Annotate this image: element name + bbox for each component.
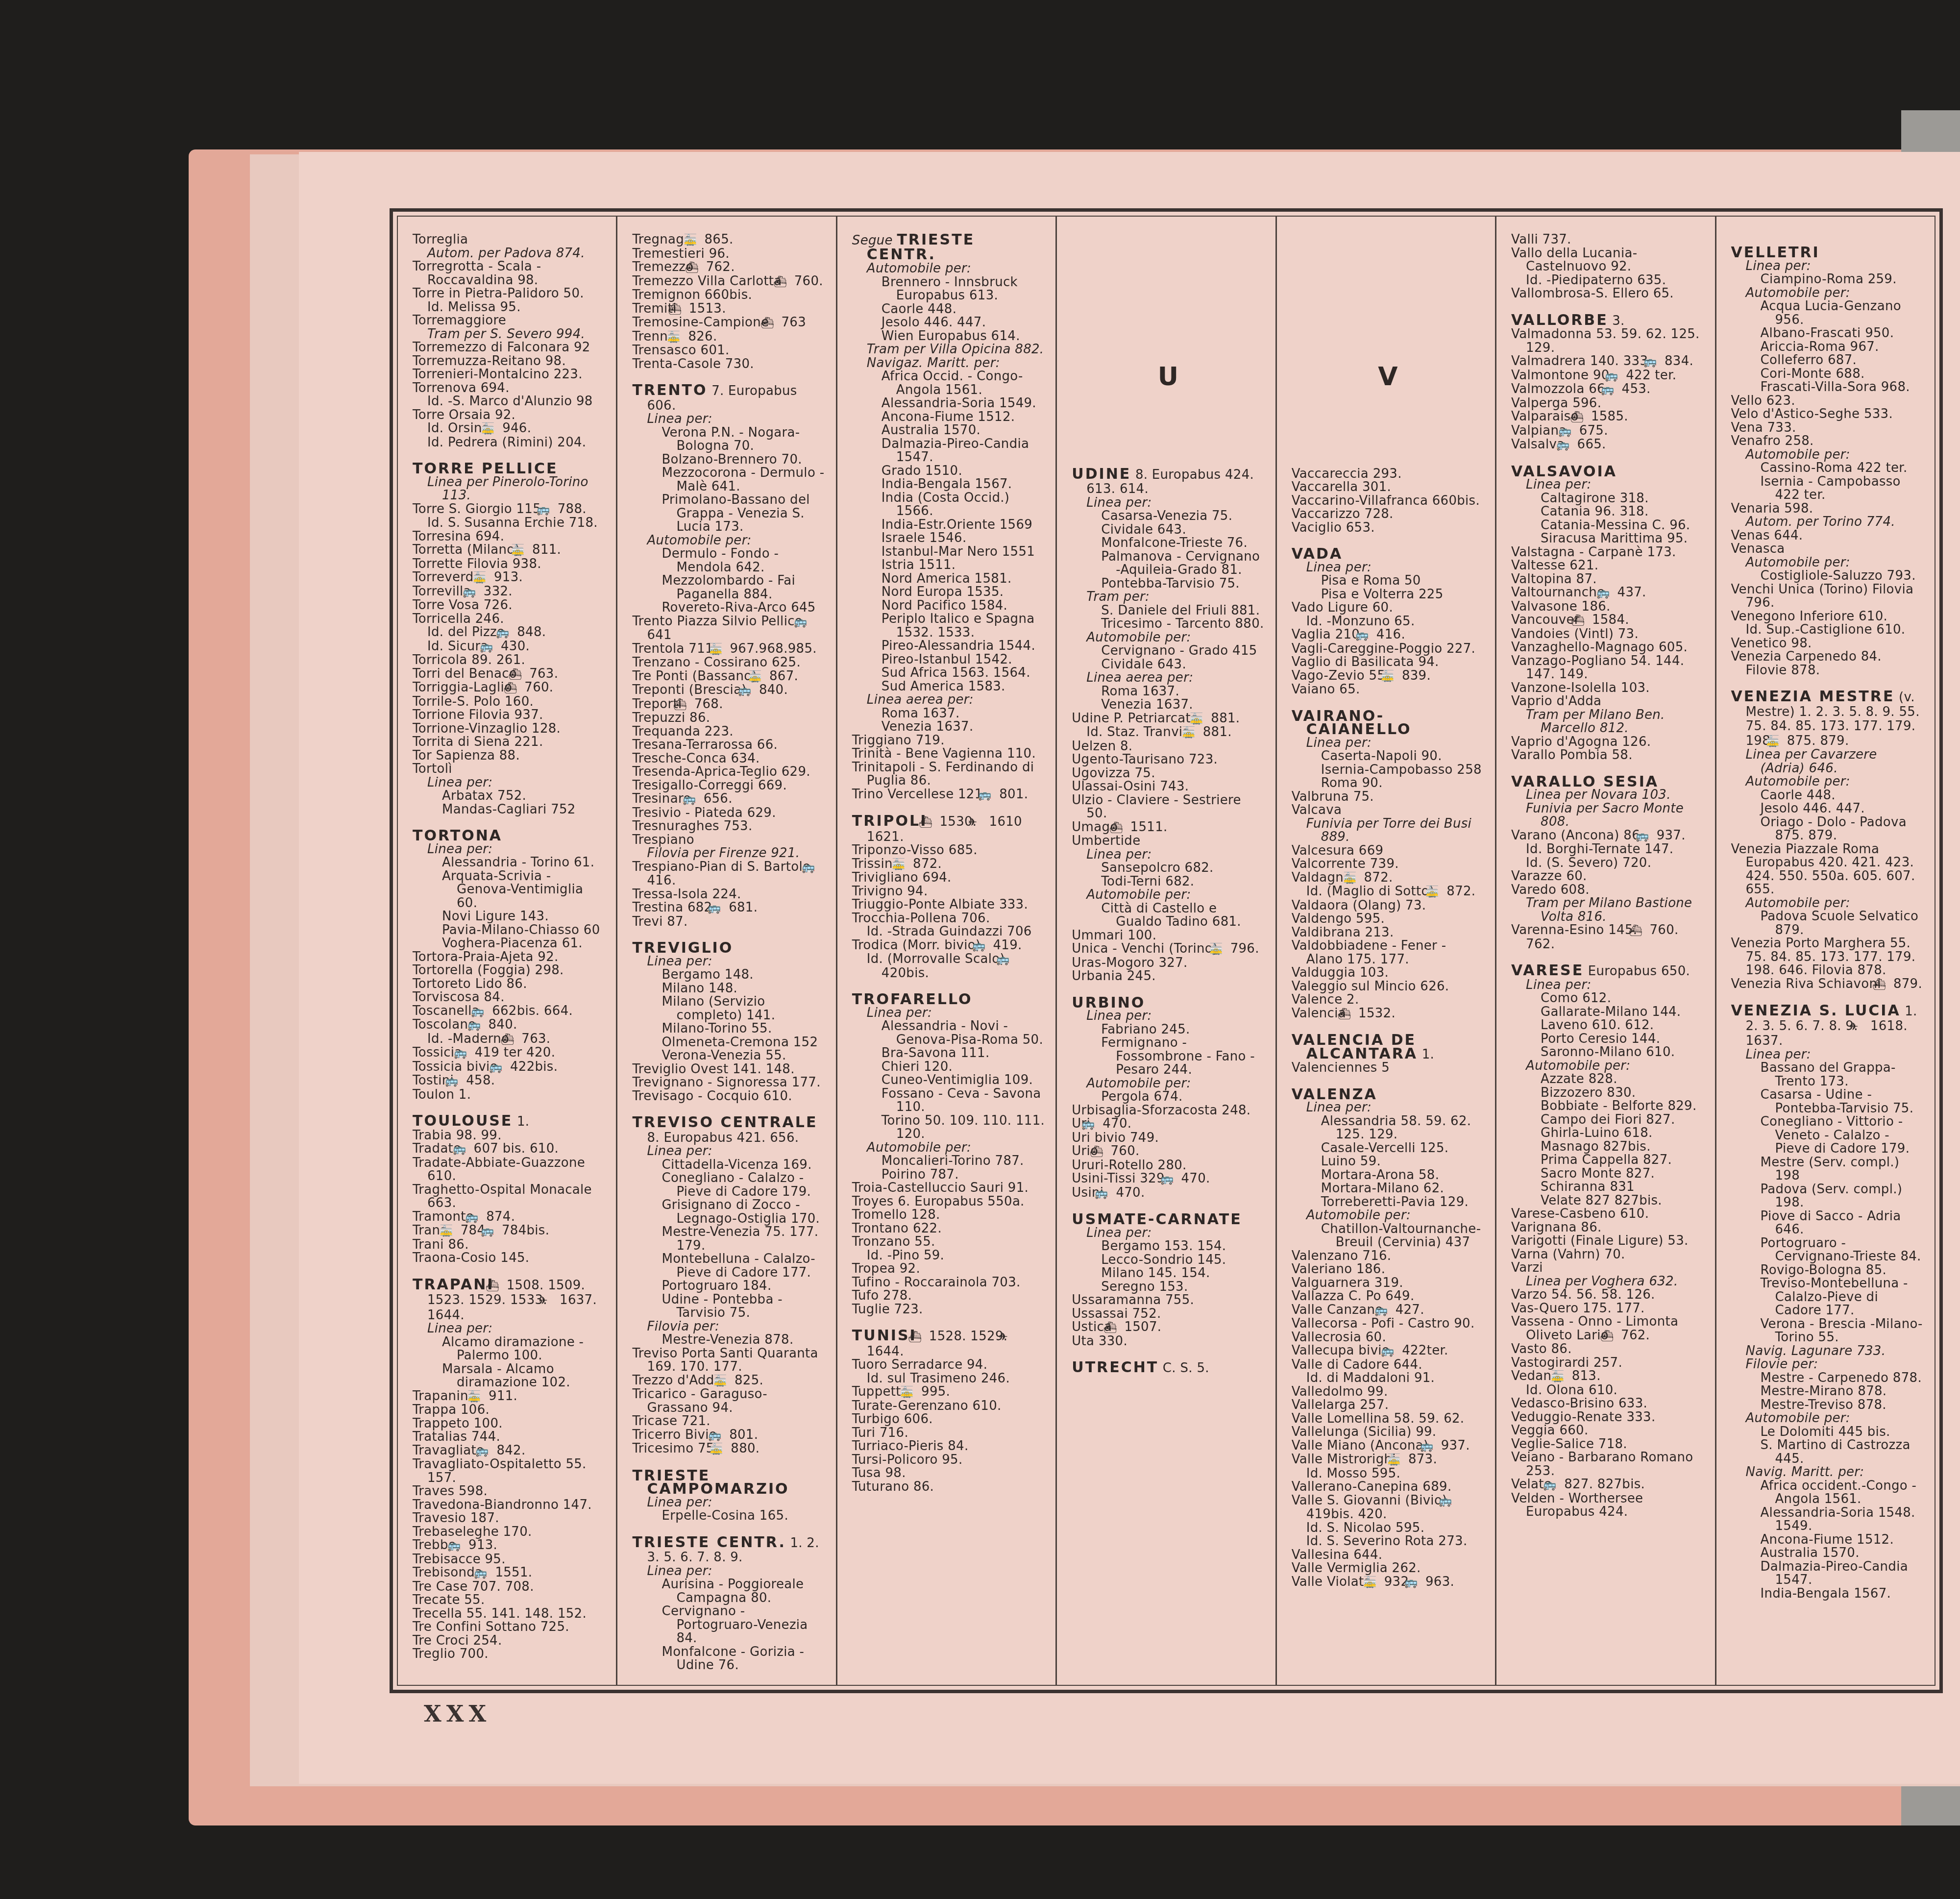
index-entry: Tortorella (Foggia) 298. — [413, 964, 605, 978]
index-columns: TorregliaAutom. per Padova 874.Torregrot… — [398, 217, 1935, 1685]
index-subentry: Linea per: — [632, 1145, 825, 1159]
index-entry: Vandoies (Vintl) 73. — [1511, 628, 1704, 641]
index-entry: Valcorrente 739. — [1292, 858, 1484, 871]
index-subentry: Linea per: — [413, 776, 605, 790]
index-subentry: Arbatax 752. — [413, 789, 605, 803]
index-entry: Travagliato-Ospitaletto 55. 157. — [413, 1458, 605, 1485]
index-entry: Torretta (Milano) 🚋 811. — [413, 543, 605, 558]
index-subentry: Linea per: — [1072, 1227, 1264, 1240]
index-entry: Tor Sapienza 88. — [413, 749, 605, 763]
index-entry: Torviscosa 84. — [413, 991, 605, 1005]
index-entry: Vello 623. — [1731, 395, 1924, 408]
index-column-4: UUDINE 8. Europabus 424. 613. 614.Linea … — [1057, 217, 1276, 1685]
index-entry: Umbertide — [1072, 835, 1264, 848]
index-subentry: Catania-Messina C. 96. — [1511, 519, 1704, 533]
index-subentry: Caorle 448. — [852, 303, 1045, 317]
index-entry: Tremignon 660bis. — [632, 289, 825, 302]
index-entry: Traona-Cosio 145. — [413, 1252, 605, 1265]
index-entry: Venafro 258. — [1731, 435, 1924, 448]
index-subentry: Istanbul-Mar Nero 1551 — [852, 545, 1045, 559]
index-subentry: Id. sul Trasimeno 246. — [852, 1372, 1045, 1386]
index-subentry: Linea per: — [1731, 1048, 1924, 1062]
index-entry: Ugento-Taurisano 723. — [1072, 753, 1264, 767]
index-subentry: Milano 145. 154. — [1072, 1267, 1264, 1281]
index-entry: Veggia 660. — [1511, 1424, 1704, 1438]
index-column-2: Tregnago 🚋 865.Tremestieri 96.Tremezzo ⛴… — [617, 217, 837, 1685]
index-entry: Triuggio-Ponte Albiate 333. — [852, 898, 1045, 912]
index-entry: Torrione Filovia 937. — [413, 709, 605, 722]
index-entry: Valmadrera 140. 333. 🚌 834. — [1511, 355, 1704, 369]
index-entry: Tronzano 55. — [852, 1235, 1045, 1249]
index-entry: Torrenova 694. — [413, 382, 605, 395]
index-subentry: Automobile per: — [1731, 556, 1924, 570]
index-subentry: Rovereto-Riva-Arco 645 — [632, 601, 825, 615]
station-heading: VENEZIA S. LUCIA 1. 2. 3. 5. 6. 7. 8. 9.… — [1731, 1004, 1924, 1048]
index-entry: Tresche-Conca 634. — [632, 752, 825, 766]
index-entry: Venasca — [1731, 543, 1924, 556]
index-entry: Tradate 🚌 607 bis. 610. — [413, 1142, 605, 1157]
station-heading: TRIESTE CENTR. 1. 2. 3. 5. 6. 7. 8. 9. — [632, 1536, 825, 1565]
index-subentry: Linea per: — [852, 1007, 1045, 1020]
index-entry: Udine P. Petriarcato 🚋 881. — [1072, 712, 1264, 726]
index-subentry: Palmanova - Cervignano -Aquileia-Grado 8… — [1072, 550, 1264, 577]
index-entry: Toulon 1. — [413, 1088, 605, 1102]
index-subentry: Sud Africa 1563. 1564. — [852, 666, 1045, 680]
index-entry: Tortora-Praia-Ajeta 92. — [413, 951, 605, 964]
index-entry: Turriaco-Pieris 84. — [852, 1440, 1045, 1454]
index-entry: Turate-Gerenzano 610. — [852, 1400, 1045, 1413]
index-subentry: Dermulo - Fondo - Mendola 642. — [632, 547, 825, 574]
index-entry: Ussassai 752. — [1072, 1307, 1264, 1321]
index-entry: Varallo Pombia 58. — [1511, 749, 1704, 763]
index-entry: Uras-Mogoro 327. — [1072, 957, 1264, 970]
index-entry: Valdagno 🚋 872. — [1292, 871, 1484, 886]
index-subentry: Mezzolombardo - Fai Paganella 884. — [632, 574, 825, 601]
index-entry: Torrione-Vinzaglio 128. — [413, 722, 605, 736]
station-table-refs: 3. — [1608, 314, 1625, 328]
index-subentry: Casarsa - Udine - Pontebba-Tarvisio 75. — [1731, 1088, 1924, 1115]
index-subentry: Funivia per Sacro Monte 808. — [1511, 802, 1704, 829]
index-entry: Trapanino 🚋 911. — [413, 1390, 605, 1404]
index-subentry: Sansepolcro 682. — [1072, 862, 1264, 875]
index-subentry: Dalmazia-Pireo-Candia 1547. — [1731, 1560, 1924, 1587]
index-entry: Valdibrana 213. — [1292, 926, 1484, 940]
index-subentry: Udine - Pontebba - Tarvisio 75. — [632, 1293, 825, 1320]
index-entry: Venezia Riva Schiavoni ⛴ 879. — [1731, 978, 1924, 992]
station-heading: URBINO — [1072, 996, 1264, 1010]
station-heading: UTRECHT C. S. 5. — [1072, 1361, 1264, 1376]
index-entry: Torrenieri-Montalcino 223. — [413, 368, 605, 382]
index-entry: Uri bivio 749. — [1072, 1132, 1264, 1145]
index-entry: Valcava — [1292, 804, 1484, 817]
index-entry: Vanzone-Isolella 103. — [1511, 682, 1704, 695]
index-entry: Trissino 🚋 872. — [852, 858, 1045, 872]
index-entry: Tratalias 744. — [413, 1430, 605, 1444]
index-entry: Varano (Ancona) 86. 🚌 937. — [1511, 829, 1704, 843]
index-entry: Venezia Piazzale Roma Europabus 420. 421… — [1731, 843, 1924, 897]
index-subentry: Venezia 1637. — [852, 720, 1045, 734]
index-subentry: Milano (Servizio completo) 141. — [632, 995, 825, 1022]
station-heading: VALLORBE 3. — [1511, 314, 1704, 328]
index-entry: Torre Orsaia 92. — [413, 409, 605, 422]
index-entry: Trebisacce 95. — [413, 1553, 605, 1567]
index-entry: Torricella 246. — [413, 613, 605, 626]
index-subentry: Mortara-Arona 58. — [1292, 1169, 1484, 1183]
station-heading: VARALLO SESIA — [1511, 775, 1704, 789]
index-entry: Tortolì — [413, 763, 605, 776]
station-name: VALLORBE — [1511, 312, 1608, 329]
index-subentry: Bergamo 153. 154. — [1072, 1240, 1264, 1254]
index-entry: Vasto 86. — [1511, 1343, 1704, 1356]
index-entry: Torremezzo di Falconara 92 — [413, 341, 605, 355]
index-subentry: Id. Olona 610. — [1511, 1384, 1704, 1398]
index-entry: Torrile-S. Polo 160. — [413, 695, 605, 709]
index-subentry: Alessandria-Soria 1549. — [852, 397, 1045, 411]
index-entry: Trino Vercellese 121. 🚌 801. — [852, 788, 1045, 802]
index-entry: Valpiana 🚌 675. — [1511, 424, 1704, 439]
index-entry: Traves 598. — [413, 1485, 605, 1499]
index-subentry: Linea per: — [632, 1565, 825, 1578]
index-subentry: Brennero - Innsbruck Europabus 613. — [852, 276, 1045, 303]
station-name: TREVISO CENTRALE — [632, 1114, 817, 1131]
index-subentry: Id. -S. Marco d'Alunzio 98 — [413, 395, 605, 409]
index-entry: Valmontone 90. 🚌 422 ter. — [1511, 369, 1704, 383]
index-entry: Ummari 100. — [1072, 929, 1264, 943]
index-entry: Treporti ⛴ 768. — [632, 698, 825, 712]
index-entry: Valstagna - Carpanè 173. — [1511, 546, 1704, 560]
index-entry: Ussaramanna 755. — [1072, 1294, 1264, 1307]
index-subentry: Ancona-Fiume 1512. — [1731, 1533, 1924, 1547]
index-entry: Trevisago - Cocquio 610. — [632, 1090, 825, 1104]
index-subentry: Id. Orsina 🚋 946. — [413, 422, 605, 436]
index-entry: Treglio 700. — [413, 1648, 605, 1661]
index-entry: Trento Piazza Silvio Pellico 🚌 641 — [632, 615, 825, 642]
index-subentry: Pisa e Roma 50 — [1292, 574, 1484, 588]
index-subentry: Piove di Sacco - Adria 646. — [1731, 1210, 1924, 1237]
index-column-6: Valli 737.Vallo della Lucania-Castelnuov… — [1496, 217, 1716, 1685]
index-subentry: Alessandria 58. 59. 62. 125. 129. — [1292, 1115, 1484, 1142]
index-subentry: Mestre (Serv. compl.) 198 — [1731, 1156, 1924, 1183]
index-entry: Tusa 98. — [852, 1467, 1045, 1480]
station-name: TRIESTE CAMPOMARZIO — [632, 1467, 789, 1498]
index-entry: Venezia Porto Marghera 55. 75. 84. 85. 1… — [1731, 937, 1924, 978]
index-entry: Torreglia — [413, 233, 605, 247]
index-entry: Venchi Unica (Torino) Filovia 796. — [1731, 583, 1924, 610]
index-subentry: Dalmazia-Pireo-Candia 1547. — [852, 438, 1045, 465]
index-entry: Valence 2. — [1292, 993, 1484, 1007]
index-entry: Valbruna 75. — [1292, 790, 1484, 804]
index-entry: Vallelarga 257. — [1292, 1399, 1484, 1412]
index-entry: Trepuzzi 86. — [632, 712, 825, 725]
station-table-refs: 1. — [513, 1114, 529, 1129]
index-entry: Valenzano 716. — [1292, 1250, 1484, 1263]
index-subentry: Id. Sup.-Castiglione 610. — [1731, 623, 1924, 637]
index-subentry: Portogruaro - Cervignano-Trieste 84. — [1731, 1237, 1924, 1264]
index-subentry: Alcamo diramazione - Palermo 100. — [413, 1336, 605, 1363]
index-subentry: Periplo Italico e Spagna 1532. 1533. — [852, 613, 1045, 640]
index-subentry: Milano-Torino 55. — [632, 1022, 825, 1036]
index-subentry: Cori-Monte 688. — [1731, 368, 1924, 381]
index-entry: Varedo 608. — [1511, 884, 1704, 897]
index-entry: Tuppetto 🚋 995. — [852, 1385, 1045, 1400]
index-subentry: Id. (S. Severo) 720. — [1511, 857, 1704, 870]
index-subentry: Montebelluna - Calalzo-Pieve di Cadore 1… — [632, 1253, 825, 1280]
index-entry: Vaciglio 653. — [1292, 521, 1484, 535]
index-entry: Trebaseleghe 170. — [413, 1526, 605, 1539]
station-heading: TRIPOLI ⛴ 1530. ✈ 1610 1621. — [852, 814, 1045, 844]
index-entry: Vallecrosia 60. — [1292, 1331, 1484, 1345]
index-entry: Tremiti ⛴ 1513. — [632, 302, 825, 317]
index-entry: Tuglie 723. — [852, 1303, 1045, 1317]
station-name: TRIPOLI — [852, 813, 928, 830]
index-subentry: Mestre - Carpenedo 878. — [1731, 1372, 1924, 1385]
index-subentry: Id. S. Susanna Erchie 718. — [413, 517, 605, 530]
index-subentry: Linea aerea per: — [1072, 671, 1264, 685]
index-entry: Vena 733. — [1731, 421, 1924, 435]
index-subentry: Poirino 787. — [852, 1168, 1045, 1182]
index-subentry: Chatillon-Valtournanche-Breuil (Cervinia… — [1292, 1223, 1484, 1250]
index-entry: Torre in Pietra-Palidoro 50. — [413, 287, 605, 301]
index-subentry: Venezia 1637. — [1072, 698, 1264, 712]
index-entry: Vassena - Onno - Limonta Oliveto Lario ⛴… — [1511, 1315, 1704, 1343]
index-entry: Usini-Tissi 329. 🚌 470. — [1072, 1172, 1264, 1186]
index-entry: Traghetto-Ospital Monacale 663. — [413, 1184, 605, 1210]
index-subentry: Id. S. Nicolao 595. — [1292, 1522, 1484, 1535]
index-entry: Vaglio di Basilicata 94. — [1292, 656, 1484, 669]
station-name: VENEZIA MESTRE — [1731, 688, 1895, 705]
index-subentry: Catania 96. 318. — [1511, 505, 1704, 519]
index-subentry: Id. del Pizzo 🚌 848. — [413, 626, 605, 640]
index-subentry: Fossano - Ceva - Savona 110. — [852, 1087, 1045, 1114]
index-entry: Trezzo d'Adda 🚋 825. — [632, 1374, 825, 1388]
index-subentry: Linea per: — [1292, 737, 1484, 750]
index-subentry: Primolano-Bassano del Grappa - Venezia S… — [632, 493, 825, 534]
index-entry: Valenciennes 5 — [1292, 1061, 1484, 1075]
index-entry: Torremaggiore — [413, 314, 605, 328]
index-entry: Trensasco 601. — [632, 344, 825, 358]
index-subentry: Linea per: — [1292, 1101, 1484, 1115]
index-subentry: Velate 827 827bis. — [1511, 1194, 1704, 1208]
index-subentry: Roma 90. — [1292, 777, 1484, 790]
index-entry: Tossicia 🚌 419 ter 420. — [413, 1046, 605, 1060]
index-subentry: Istria 1511. — [852, 559, 1045, 572]
index-entry: Trespiano-Pian di S. Bartolo 🚌 416. — [632, 861, 825, 888]
index-entry: Venas 644. — [1731, 529, 1924, 543]
index-entry: Varzo 54. 56. 58. 126. — [1511, 1288, 1704, 1302]
index-entry: Treponti (Brescia) 🚌 840. — [632, 684, 825, 698]
index-entry: Vallecupa bivio 🚌 422ter. — [1292, 1344, 1484, 1358]
index-entry: Triggiano 719. — [852, 734, 1045, 748]
index-subentry: Id. di Maddaloni 91. — [1292, 1372, 1484, 1385]
index-entry: Torrette Filovia 938. — [413, 558, 605, 571]
index-subentry: Alessandria-Soria 1548. 1549. — [1731, 1506, 1924, 1533]
index-subentry: Siracusa Marittima 95. — [1511, 532, 1704, 546]
station-name: VARESE — [1511, 962, 1584, 979]
index-frame-inner: TorregliaAutom. per Padova 874.Torregrot… — [397, 216, 1935, 1686]
index-entry: Tre Case 707. 708. — [413, 1580, 605, 1594]
station-heading: VENEZIA MESTRE (v. Mestre) 1. 2. 3. 5. 8… — [1731, 690, 1924, 748]
index-entry: Trappa 106. — [413, 1404, 605, 1417]
index-subentry: India (Costa Occid.) 1566. — [852, 492, 1045, 518]
index-subentry: Portogruaro 184. — [632, 1280, 825, 1293]
index-entry: Torriggia-Laglio ⛴ 760. — [413, 681, 605, 695]
index-subentry: Lecco-Sondrio 145. — [1072, 1254, 1264, 1267]
index-subentry: Mestre-Treviso 878. — [1731, 1399, 1924, 1412]
index-entry: Torrita di Siena 221. — [413, 736, 605, 749]
index-subentry: Linea per Pinerolo-Torino 113. — [413, 476, 605, 503]
index-subentry: Id. -Piedipaterno 635. — [1511, 274, 1704, 288]
index-entry: Trentola 711. 🚋 967.968.985. — [632, 642, 825, 657]
index-entry: Valparaiso ⛴ 1585. — [1511, 410, 1704, 424]
index-subentry: Schiranna 831 — [1511, 1181, 1704, 1194]
index-subentry: Pireo-Istanbul 1542. — [852, 653, 1045, 667]
station-heading: VALENCIA DE ALCANTARA 1. — [1292, 1034, 1484, 1061]
index-subentry: S. Daniele del Friuli 881. — [1072, 604, 1264, 618]
index-subentry: Automobile per: — [1731, 897, 1924, 911]
index-subentry: Caserta-Napoli 90. — [1292, 750, 1484, 764]
index-entry: Valli 737. — [1511, 233, 1704, 247]
index-entry: Tre Confini Sottano 725. — [413, 1621, 605, 1634]
station-name: TOULOUSE — [413, 1112, 513, 1130]
index-subentry: Nord America 1581. — [852, 572, 1045, 586]
index-entry: Tossicia bivio 🚌 422bis. — [413, 1060, 605, 1075]
index-entry: Valle S. Giovanni (Bivio) 🚌 419bis. 420. — [1292, 1494, 1484, 1522]
index-entry: Tuoro Serradarce 94. — [852, 1358, 1045, 1372]
index-subentry: Pontebba-Tarvisio 75. — [1072, 577, 1264, 591]
index-subentry: Id. Sicura 🚌 430. — [413, 640, 605, 654]
index-subentry: Casarsa-Venezia 75. — [1072, 510, 1264, 523]
index-entry: Velo d'Astico-Seghe 533. — [1731, 408, 1924, 421]
index-subentry: Torreberetti-Pavia 129. — [1292, 1196, 1484, 1209]
index-entry: Urbania 245. — [1072, 970, 1264, 984]
index-entry: Ugovizza 75. — [1072, 767, 1264, 781]
index-entry: Varignana 86. — [1511, 1221, 1704, 1235]
index-subentry: Tram per Milano Bastione Volta 816. — [1511, 897, 1704, 924]
index-subentry: Automobile per: — [1731, 287, 1924, 300]
index-entry: Valdobbiadene - Fener - Alano 175. 177. — [1292, 939, 1484, 966]
index-subentry: Jesolo 446. 447. — [1731, 802, 1924, 816]
index-subentry: Laveno 610. 612. — [1511, 1019, 1704, 1033]
index-subentry: Automobile per: — [632, 534, 825, 548]
index-subentry: India-Bengala 1567. — [852, 478, 1045, 492]
index-column-3: Segue TRIESTE CENTR.Automobile per:Brenn… — [837, 217, 1057, 1685]
index-subentry: Bolzano-Brennero 70. — [632, 453, 825, 467]
station-name: UTRECHT — [1072, 1359, 1158, 1376]
index-subentry: Frascati-Villa-Sora 968. — [1731, 381, 1924, 395]
continued-heading: Segue TRIESTE CENTR. — [852, 233, 1045, 262]
index-subentry: Arquata-Scrivia - Genova-Ventimiglia 60. — [413, 870, 605, 911]
index-entry: Urbisaglia-Sforzacosta 248. — [1072, 1104, 1264, 1118]
index-subentry: Torino 50. 109. 110. 111. 120. — [852, 1114, 1045, 1141]
index-entry: Valtopina 87. — [1511, 573, 1704, 587]
index-subentry: Costigliole-Saluzzo 793. — [1731, 569, 1924, 583]
index-entry: Travesio 187. — [413, 1512, 605, 1526]
index-entry: Troyes 6. Europabus 550a. — [852, 1195, 1045, 1209]
index-entry: Torregrotta - Scala - Roccavaldina 98. — [413, 260, 605, 287]
index-subentry: Monfalcone-Trieste 76. — [1072, 537, 1264, 550]
index-entry: Velate 🚌 827. 827bis. — [1511, 1478, 1704, 1492]
index-entry: Trenta-Casole 730. — [632, 358, 825, 371]
index-subentry: Sacro Monte 827. — [1511, 1167, 1704, 1181]
index-entry: Tuturano 86. — [852, 1480, 1045, 1494]
index-subentry: Linea per: — [632, 955, 825, 969]
index-subentry: Alessandria - Torino 61. — [413, 856, 605, 870]
index-subentry: Bra-Savona 111. — [852, 1047, 1045, 1060]
index-subentry: Pavia-Milano-Chiasso 60 — [413, 924, 605, 937]
station-heading: TREVIGLIO — [632, 941, 825, 955]
index-subentry: Conegliano - Vittorio - Veneto - Calalzo… — [1731, 1115, 1924, 1156]
index-subentry: Colleferro 687. — [1731, 354, 1924, 368]
index-subentry: Gallarate-Milano 144. — [1511, 1006, 1704, 1019]
index-subentry: Bobbiate - Belforte 829. — [1511, 1100, 1704, 1113]
index-entry: Vallelunga (Sicilia) 99. — [1292, 1426, 1484, 1439]
index-subentry: Grisignano di Zocco - Legnago-Ostiglia 1… — [632, 1199, 825, 1226]
index-subentry: Linea per: — [1072, 848, 1264, 862]
index-subentry: Funivia per Torre dei Busi 889. — [1292, 817, 1484, 844]
index-entry: Venezia Carpenedo 84. Filovie 878. — [1731, 650, 1924, 677]
station-table-refs: C. S. 5. — [1158, 1361, 1209, 1376]
index-column-7: VELLETRILinea per:Ciampino-Roma 259.Auto… — [1716, 217, 1935, 1685]
index-subentry: Porto Ceresio 144. — [1511, 1033, 1704, 1046]
index-entry: Valle Mistrorighi 🚋 873. — [1292, 1453, 1484, 1467]
index-entry: Toscanella 🚌 662bis. 664. — [413, 1005, 605, 1019]
index-entry: Veglie-Salice 718. — [1511, 1438, 1704, 1452]
index-entry: Ulzio - Claviere - Sestriere 50. — [1072, 794, 1264, 821]
index-subentry: Ciampino-Roma 259. — [1731, 273, 1924, 287]
index-subentry: Casale-Vercelli 125. — [1292, 1142, 1484, 1156]
index-entry: Trani 86. — [413, 1238, 605, 1252]
index-entry: Valle di Cadore 644. — [1292, 1358, 1484, 1372]
index-subentry: Id. Mosso 595. — [1292, 1467, 1484, 1481]
index-subentry: Ariccia-Roma 967. — [1731, 341, 1924, 354]
index-subentry: Cittadella-Vicenza 169. — [632, 1159, 825, 1172]
index-subentry: Milano 148. — [632, 982, 825, 996]
index-subentry: Id. Borghi-Ternate 147. — [1511, 843, 1704, 857]
index-entry: Vaprio d'Adda — [1511, 695, 1704, 709]
index-entry: Venegono Inferiore 610. — [1731, 610, 1924, 624]
index-entry: Vanzaghello-Magnago 605. — [1511, 641, 1704, 655]
index-entry: Uri 🚌 470. — [1072, 1117, 1264, 1132]
index-entry: Valle Canzano 🚌 427. — [1292, 1304, 1484, 1318]
index-subentry: Monfalcone - Gorizia - Udine 76. — [632, 1646, 825, 1673]
section-letter: U — [1072, 370, 1264, 384]
index-entry: Trodica (Morr. bivio) 🚌 419. — [852, 939, 1045, 953]
index-entry: Turi 716. — [852, 1427, 1045, 1440]
index-entry: Tostini 🚌 458. — [413, 1074, 605, 1088]
index-entry: Vago-Zevio 55. 🚋 839. — [1292, 669, 1484, 684]
index-entry: Vedasco-Brisino 633. — [1511, 1397, 1704, 1411]
index-entry: Valdengo 595. — [1292, 913, 1484, 926]
index-subentry: Cassino-Roma 422 ter. — [1731, 462, 1924, 475]
index-subentry: Marsala - Alcamo diramazione 102. — [413, 1363, 605, 1390]
index-subentry: Id. Pedrera (Rimini) 204. — [413, 436, 605, 450]
index-entry: Uelzen 8. — [1072, 740, 1264, 754]
index-entry: Tregnago 🚋 865. — [632, 233, 825, 247]
index-entry: Torricola 89. 261. — [413, 654, 605, 667]
index-entry: Tropea 92. — [852, 1262, 1045, 1276]
index-entry: Travagliato 🚌 842. — [413, 1444, 605, 1458]
index-entry: Travedona-Biandronno 147. — [413, 1499, 605, 1512]
station-table-refs: 8. Europabus 421. 656. — [647, 1131, 799, 1145]
index-entry: Tricerro Bivio 🚌 801. — [632, 1429, 825, 1443]
station-heading: TORRE PELLICE — [413, 462, 605, 476]
index-entry: Umago ⛴ 1511. — [1072, 821, 1264, 835]
index-subentry: Olmeneta-Cremona 152 — [632, 1036, 825, 1050]
index-subentry: Azzate 828. — [1511, 1073, 1704, 1086]
index-entry: Valmozzola 66. 🚌 453. — [1511, 383, 1704, 397]
index-subentry: Id. S. Severino Rota 273. — [1292, 1535, 1484, 1549]
index-subentry: Id. (Morrovalle Scalo) 🚌 420bis. — [852, 953, 1045, 980]
